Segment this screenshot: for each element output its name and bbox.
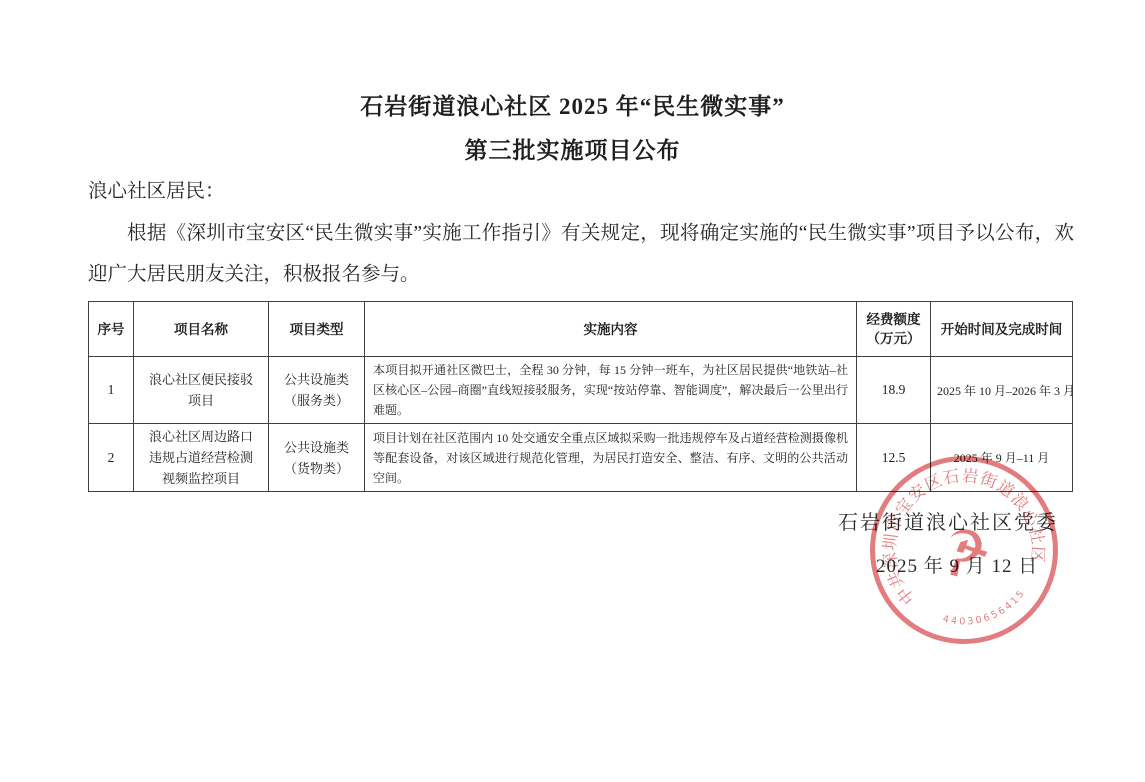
official-red-stamp: 中共深圳市宝安区石岩街道浪心社区委员会 44030656415 ☭ bbox=[866, 452, 1062, 648]
cell-project-name: 浪心社区便民接驳项目 bbox=[134, 357, 269, 424]
hammer-sickle-icon: ☭ bbox=[929, 511, 1001, 593]
header-project-type: 项目类型 bbox=[269, 302, 365, 357]
cell-seq: 1 bbox=[89, 357, 134, 424]
cell-content: 本项目拟开通社区微巴士，全程 30 分钟，每 15 分钟一班车，为社区居民提供“… bbox=[365, 357, 857, 424]
cell-project-type: 公共设施类 （服务类） bbox=[269, 357, 365, 424]
document-page: 石岩街道浪心社区 2025 年“民生微实事” 第三批实施项目公布 浪心社区居民：… bbox=[0, 0, 1145, 782]
header-time: 开始时间及完成时间 bbox=[931, 302, 1073, 357]
cell-budget: 18.9 bbox=[857, 357, 931, 424]
cell-content: 项目计划在社区范围内 10 处交通安全重点区域拟采购一批违规停车及占道经营检测摄… bbox=[365, 424, 857, 492]
header-content: 实施内容 bbox=[365, 302, 857, 357]
table-row: 1 浪心社区便民接驳项目 公共设施类 （服务类） 本项目拟开通社区微巴士，全程 … bbox=[89, 357, 1073, 424]
cell-seq: 2 bbox=[89, 424, 134, 492]
header-project-name: 项目名称 bbox=[134, 302, 269, 357]
table-header-row: 序号 项目名称 项目类型 实施内容 经费额度 （万元） 开始时间及完成时间 bbox=[89, 302, 1073, 357]
body-paragraph: 根据《深圳市宝安区“民生微实事”实施工作指引》有关规定，现将确定实施的“民生微实… bbox=[88, 213, 1074, 295]
cell-time: 2025 年 10 月–2026 年 3 月 bbox=[931, 357, 1073, 424]
cell-project-name: 浪心社区周边路口违规占道经营检测视频监控项目 bbox=[134, 424, 269, 492]
document-title-line1: 石岩街道浪心社区 2025 年“民生微实事” bbox=[0, 88, 1145, 121]
cell-project-type: 公共设施类 （货物类） bbox=[269, 424, 365, 492]
salutation: 浪心社区居民： bbox=[88, 175, 225, 203]
document-title-line2: 第三批实施项目公布 bbox=[0, 132, 1145, 165]
header-seq: 序号 bbox=[89, 302, 134, 357]
header-budget: 经费额度 （万元） bbox=[857, 302, 931, 357]
